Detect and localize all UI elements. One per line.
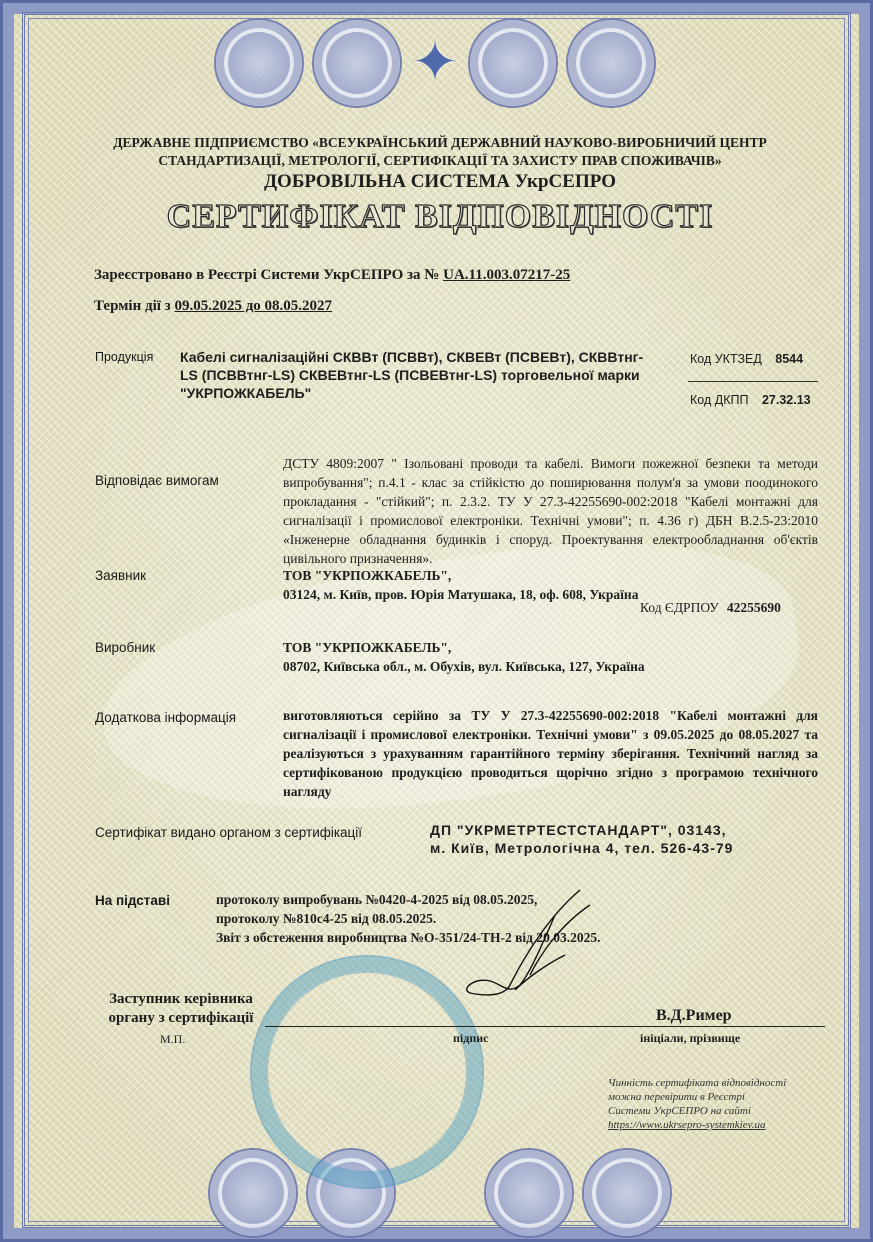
- top-ornament: ✦: [200, 8, 670, 118]
- verification-link[interactable]: https://www.ukrsepro-systemkiev.ua: [608, 1118, 828, 1132]
- basis-label: На підставі: [95, 893, 170, 908]
- stamp-place-label: М.П.: [160, 1032, 185, 1047]
- code-dkpp-value: 27.32.13: [762, 393, 811, 407]
- product-label: Продукція: [95, 350, 153, 364]
- signature-icon: [430, 885, 600, 1015]
- scroll-ornament-icon: [216, 20, 302, 106]
- scroll-ornament-icon: [486, 1150, 572, 1236]
- manufacturer-address: 08702, Київська обл., м. Обухів, вул. Ки…: [283, 657, 823, 676]
- applicant-label: Заявник: [95, 568, 146, 583]
- registration-number: UA.11.003.07217-25: [443, 267, 570, 283]
- verification-line: Чинність сертифіката відповідності: [608, 1076, 828, 1090]
- registration-number-line: Зареєстровано в Реєстрі Системи УкрСЕПРО…: [94, 267, 570, 284]
- applicant-name: ТОВ "УКРПОЖКАБЕЛЬ",: [283, 566, 823, 585]
- verification-line: можна перевірити в Реєстрі: [608, 1090, 828, 1104]
- code-uktzed-label: Код УКТЗЕД: [690, 352, 762, 366]
- scroll-ornament-icon: [584, 1150, 670, 1236]
- certifying-body-value: ДП "УКРМЕТРТЕСТСТАНДАРТ", 03143, м. Київ…: [430, 821, 810, 857]
- validity-term: 09.05.2025 до 08.05.2027: [174, 298, 332, 314]
- signatory-title: Заступник керівника органу з сертифікаці…: [96, 990, 266, 1028]
- code-uktzed-value: 8544: [775, 352, 803, 366]
- scroll-ornament-icon: [568, 20, 654, 106]
- edrpou-label: Код ЄДРПОУ: [640, 600, 719, 615]
- additional-info-label: Додаткова інформація: [95, 710, 236, 725]
- certifying-body-line2: м. Київ, Метрологічна 4, тел. 526-43-79: [430, 839, 810, 857]
- scroll-ornament-icon: [314, 20, 400, 106]
- signature-caption: підпис: [453, 1031, 488, 1046]
- term-prefix: Термін дії з: [94, 298, 171, 314]
- system-name: ДОБРОВІЛЬНА СИСТЕМА УкрСЕПРО: [95, 171, 785, 193]
- code-dkpp-label: Код ДКПП: [690, 393, 748, 407]
- code-uktzed: Код УКТЗЕД 8544: [690, 352, 803, 366]
- certifying-body-line1: ДП "УКРМЕТРТЕСТСТАНДАРТ", 03143,: [430, 821, 810, 839]
- code-dkpp: Код ДКПП 27.32.13: [690, 393, 811, 407]
- certifying-body-label: Сертифікат видано органом з сертифікації: [95, 825, 362, 840]
- scroll-ornament-icon: [210, 1150, 296, 1236]
- certificate-title: СЕРТИФІКАТ ВІДПОВІДНОСТІ: [95, 198, 785, 236]
- requirements-value: ДСТУ 4809:2007 " Ізольовані проводи та к…: [283, 454, 818, 568]
- edrpou-code: Код ЄДРПОУ42255690: [640, 600, 781, 616]
- verification-line: Системи УкрСЕПРО на сайті: [608, 1104, 828, 1118]
- additional-info-value: виготовляються серійно за ТУ У 27.3-4225…: [283, 706, 818, 801]
- edrpou-value: 42255690: [727, 600, 781, 615]
- signer-name: В.Д.Ример: [656, 1007, 732, 1025]
- manufacturer-label: Виробник: [95, 640, 155, 655]
- issuer-name: ДЕРЖАВНЕ ПІДПРИЄМСТВО «ВСЕУКРАЇНСЬКИЙ ДЕ…: [95, 134, 785, 170]
- requirements-label: Відповідає вимогам: [95, 473, 219, 488]
- signatory-title-line1: Заступник керівника: [96, 990, 266, 1009]
- signatory-title-line2: органу з сертифікації: [96, 1009, 266, 1028]
- registration-prefix: Зареєстровано в Реєстрі Системи УкрСЕПРО…: [94, 267, 439, 283]
- scroll-ornament-icon: [470, 20, 556, 106]
- certificate-page: ✦ ДЕРЖАВНЕ ПІДПРИЄМСТВО «ВСЕУКРАЇНСЬКИЙ …: [0, 0, 873, 1242]
- applicant-value: ТОВ "УКРПОЖКАБЕЛЬ", 03124, м. Київ, пров…: [283, 566, 823, 604]
- star-emblem-icon: ✦: [412, 35, 459, 91]
- verification-note: Чинність сертифіката відповідності можна…: [608, 1076, 828, 1132]
- manufacturer-name: ТОВ "УКРПОЖКАБЕЛЬ",: [283, 638, 823, 657]
- signature-line: [265, 1026, 825, 1027]
- code-divider: [688, 381, 818, 382]
- signer-caption: ініціали, прізвище: [640, 1031, 740, 1046]
- manufacturer-value: ТОВ "УКРПОЖКАБЕЛЬ", 08702, Київська обл.…: [283, 638, 823, 676]
- validity-term-line: Термін дії з 09.05.2025 до 08.05.2027: [94, 298, 332, 315]
- product-value: Кабелі сигналізаційні СКВВт (ПСВВт), СКВ…: [180, 348, 650, 402]
